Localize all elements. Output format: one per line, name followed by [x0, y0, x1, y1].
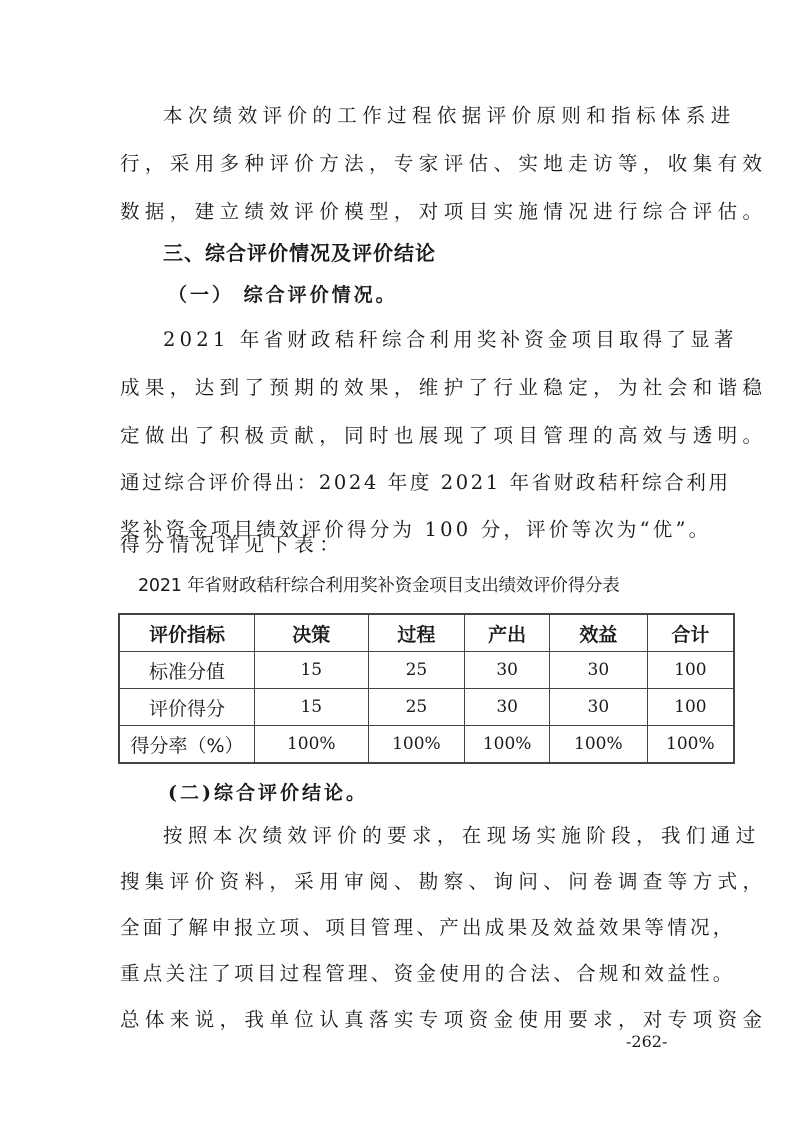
table-header-row: 评价指标 决策 过程 产出 效益 合计 [119, 614, 734, 652]
table-cell: 30 [550, 689, 648, 726]
row-label: 标准分值 [119, 652, 254, 689]
table-cell: 100% [550, 726, 648, 764]
header-total: 合计 [647, 614, 734, 652]
header-benefit: 效益 [550, 614, 648, 652]
paragraph-2-line-1: 2021 年省财政秸秆综合利用奖补资金项目取得了显著 [163, 327, 738, 353]
table-cell: 100% [254, 726, 368, 764]
table-cell: 30 [465, 689, 550, 726]
paragraph-3-line-3: 全面了解申报立项、项目管理、产出成果及效益效果等情况， [120, 915, 736, 941]
paragraph-3-line-2: 搜集评价资料，采用审阅、勘察、询问、问卷调查等方式， [120, 869, 767, 895]
score-table: 评价指标 决策 过程 产出 效益 合计 标准分值 15 25 30 30 100… [118, 613, 735, 764]
header-indicator: 评价指标 [119, 614, 254, 652]
table-cell: 100% [465, 726, 550, 764]
table-cell: 100 [647, 652, 734, 689]
paragraph-3-line-1: 按照本次绩效评价的要求，在现场实施阶段，我们通过 [163, 823, 761, 849]
row-label: 得分率（%） [119, 726, 254, 764]
header-output: 产出 [465, 614, 550, 652]
table-row: 得分率（%） 100% 100% 100% 100% 100% [119, 726, 734, 764]
header-decision: 决策 [254, 614, 368, 652]
table-cell: 100% [368, 726, 465, 764]
table-cell: 100% [647, 726, 734, 764]
table-cell: 25 [368, 689, 465, 726]
paragraph-1-line-3: 数据，建立绩效评价模型，对项目实施情况进行综合评估。 [120, 199, 767, 225]
paragraph-1-line-2: 行，采用多种评价方法，专家评估、实地走访等，收集有效 [120, 151, 767, 177]
table-row: 标准分值 15 25 30 30 100 [119, 652, 734, 689]
header-process: 过程 [368, 614, 465, 652]
row-label: 评价得分 [119, 689, 254, 726]
subsection-heading-1: （一） 综合评价情况。 [168, 282, 398, 308]
paragraph-2-line-3: 定做出了积极贡献，同时也展现了项目管理的高效与透明。 [120, 423, 767, 449]
table-cell: 30 [465, 652, 550, 689]
table-row: 评价得分 15 25 30 30 100 [119, 689, 734, 726]
section-heading: 三、综合评价情况及评价结论 [163, 240, 436, 266]
table-cell: 100 [647, 689, 734, 726]
table-cell: 15 [254, 689, 368, 726]
table-cell: 30 [550, 652, 648, 689]
paragraph-1-line-1: 本次绩效评价的工作过程依据评价原则和指标体系进 [163, 103, 736, 129]
page-number: -262- [626, 1032, 667, 1051]
paragraph-2-line-2: 成果，达到了预期的效果，维护了行业稳定，为社会和谐稳 [120, 375, 767, 401]
table-caption: 2021 年省财政秸秆综合利用奖补资金项目支出绩效评价得分表 [138, 574, 620, 598]
paragraph-3-line-5: 总体来说，我单位认真落实专项资金使用要求，对专项资金 [120, 1007, 767, 1033]
paragraph-2-line-4: 通过综合评价得出：2024 年度 2021 年省财政秸秆综合利用 [120, 470, 731, 496]
paragraph-2-line-6: 得分情况详见下表： [120, 532, 344, 558]
paragraph-3-line-4: 重点关注了项目过程管理、资金使用的合法、合规和效益性。 [120, 961, 736, 987]
subsection-heading-2: (二)综合评价结论。 [168, 780, 368, 806]
table-cell: 15 [254, 652, 368, 689]
table-cell: 25 [368, 652, 465, 689]
